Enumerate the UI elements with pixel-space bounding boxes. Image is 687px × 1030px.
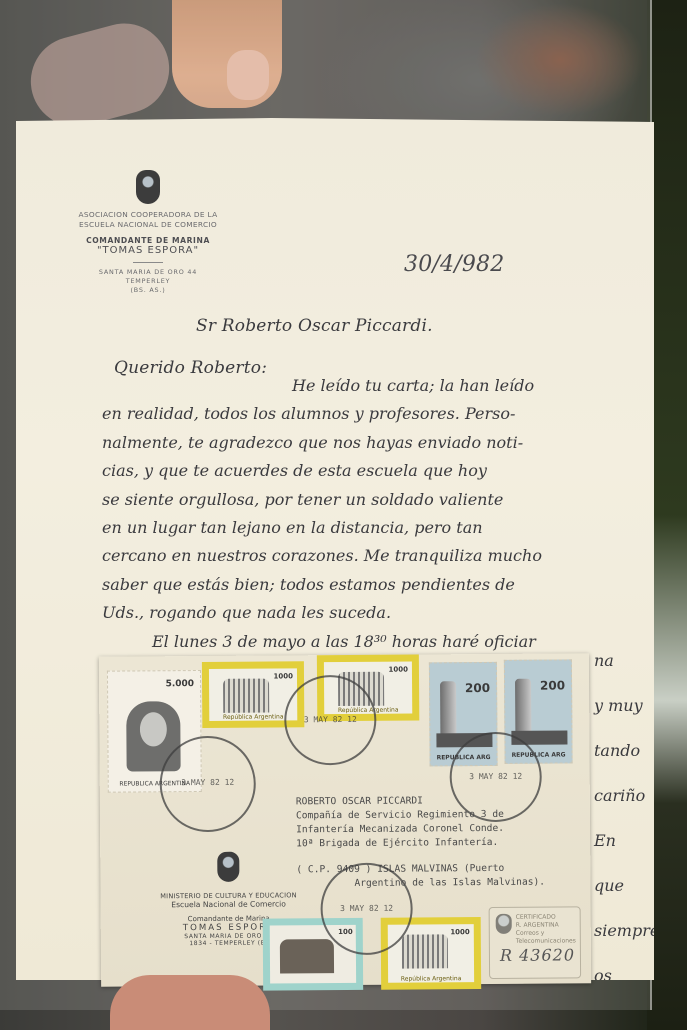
stamp-value: 5.000 [166, 679, 195, 689]
margin-fragment: tando [594, 728, 664, 773]
letter-line: se siente orgullosa, por tener un soldad… [102, 490, 642, 518]
letterhead-address: SANTA MARIA DE ORO 44 [64, 268, 232, 277]
envelope: 5.000 REPUBLICA ARGENTINA 1000 República… [99, 653, 591, 986]
coat-of-arms-icon [136, 170, 160, 204]
letter-body: He leído tu carta; la han leído en reali… [102, 376, 642, 660]
letter-line: cias, y que te acuerdes de esta escuela … [102, 461, 642, 489]
postmark-date: 3 MAY 82 12 [162, 778, 254, 788]
letterhead-line: COMANDANTE DE MARINA [64, 236, 232, 245]
letter-right-margin-text: na y muy tando cariño En que siempre, os [594, 638, 664, 998]
letterhead-address: TEMPERLEY [64, 277, 232, 286]
letterhead-school-name: "TOMAS ESPORA" [64, 245, 232, 256]
coat-of-arms-icon [496, 914, 512, 934]
postmark: 3 MAY 82 12 [284, 675, 377, 766]
building-icon [223, 679, 269, 713]
stamp-value: 1000 [450, 928, 470, 936]
registration-number: R 43620 [500, 945, 575, 965]
letter-date: 30/4/982 [404, 252, 504, 277]
letter-addressee: Sr Roberto Oscar Piccardi. [196, 316, 433, 336]
margin-fragment: siempre, [594, 908, 664, 953]
coat-of-arms-icon [217, 852, 239, 882]
margin-fragment: na [594, 638, 664, 683]
letter-line: cercano en nuestros corazones. Me tranqu… [102, 546, 642, 574]
hand-bottom [110, 975, 270, 1030]
stamp-value: 1000 [273, 672, 293, 680]
letter-line: en un lugar tan lejano en la distancia, … [102, 518, 642, 546]
divider [133, 262, 163, 263]
postmark-date: 3 MAY 82 12 [286, 715, 374, 725]
certified-mail-label: CERTIFICADO R. ARGENTINA Correos y Telec… [489, 906, 582, 979]
letterhead-line: ESCUELA NACIONAL DE COMERCIO [64, 220, 232, 230]
stamp-value: 200 [540, 678, 565, 692]
sender-line: Escuela Nacional de Comercio [149, 899, 309, 909]
postmark: 3 MAY 82 12 [320, 863, 413, 956]
letter-line: Uds., rogando que nada les suceda. [102, 603, 642, 631]
postmark-date: 3 MAY 82 12 [452, 771, 540, 781]
certified-text: CERTIFICADO R. ARGENTINA Correos y Telec… [516, 913, 576, 945]
margin-fragment: cariño [594, 773, 664, 818]
stamp-value: 1000 [388, 666, 408, 674]
postmark-date: 3 MAY 82 12 [323, 903, 411, 913]
stamp-value: 200 [465, 681, 490, 695]
letter-greeting: Querido Roberto: [114, 358, 267, 378]
building-icon [402, 934, 448, 968]
stamp-caption: República Argentina [394, 975, 468, 983]
letter-line: en realidad, todos los alumnos y profeso… [102, 404, 642, 432]
letter-line: saber que estás bien; todos estamos pend… [102, 575, 642, 603]
letterhead-line: ASOCIACION COOPERADORA DE LA [64, 210, 232, 220]
postmark: 3 MAY 82 12 [159, 736, 256, 833]
letterhead: ASOCIACION COOPERADORA DE LA ESCUELA NAC… [64, 170, 232, 295]
stamp-caption: República Argentina [215, 713, 291, 721]
letter-line: nalmente, te agradezco que nos hayas env… [102, 433, 642, 461]
letterhead-address: (BS. AS.) [64, 286, 232, 295]
margin-fragment: que [594, 863, 664, 908]
margin-fragment: y muy [594, 683, 664, 728]
building-icon [280, 939, 334, 973]
letter-line: He leído tu carta; la han leído [102, 376, 642, 404]
margin-fragment: En [594, 818, 664, 863]
